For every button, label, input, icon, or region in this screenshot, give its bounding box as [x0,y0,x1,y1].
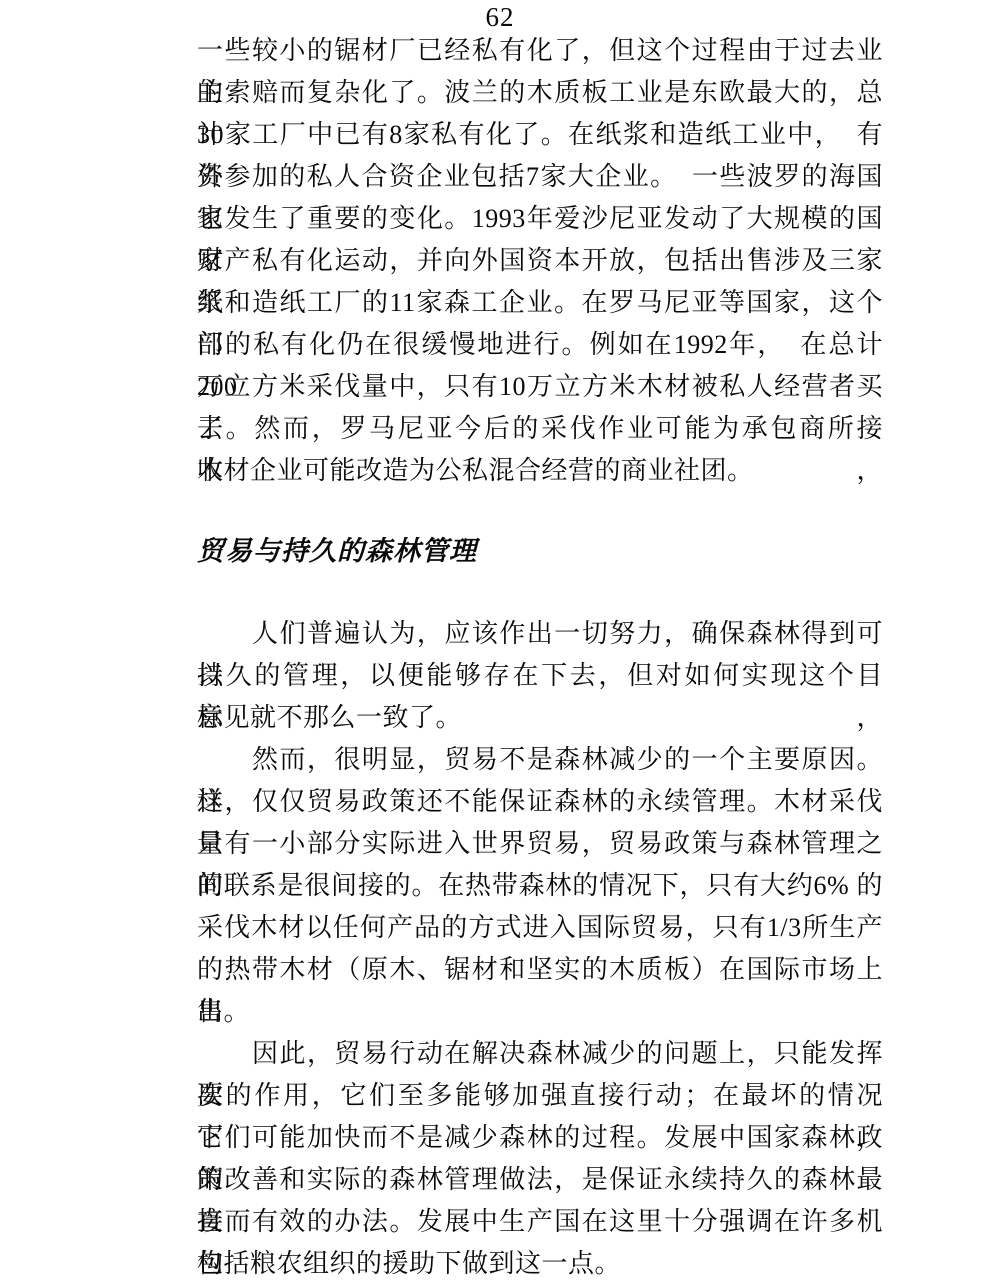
document-page: 62 一些较小的锯材厂已经私有化了，但这个过程由于过去业主的索赔而复杂化了。波兰… [0,0,1000,1280]
text-line: 样，仅仅贸易政策还不能保证森林的永续管理。木材采伐量 [197,781,883,823]
text-line: 浆和造纸工厂的11家森工企业。在罗马尼亚等国家，这个部 [197,282,883,324]
paragraph: 一些较小的锯材厂已经私有化了，但这个过程由于过去业主的索赔而复杂化了。波兰的木质… [197,30,883,492]
text-line: 资参加的私人合资企业包括7家大企业。 一些波罗的海国家 [197,156,883,198]
text-line: 的改善和实际的森林管理做法，是保证永续持久的森林最直 [197,1159,883,1201]
text-line: 售。 [197,991,883,1033]
paragraph: 因此，贸易行动在解决森林减少的问题上，只能发挥次要的作用，它们至多能够加强直接行… [197,1033,883,1280]
text-line: 万立方米采伐量中，只有10万立方米木材被私人经营者买去 [197,366,883,408]
text-line: 要的作用，它们至多能够加强直接行动；在最坏的情况下， [197,1075,883,1117]
text-line: 它们可能加快而不是减少森林的过程。发展中国家森林政策 [197,1117,883,1159]
paragraph: 人们普遍认为，应该作出一切努力，确保森林得到可以持久的管理，以便能够存在下去，但… [197,613,883,739]
text-line: 的热带木材（原木、锯材和坚实的木质板）在国际市场上出 [197,949,883,991]
text-line: 人们普遍认为，应该作出一切努力，确保森林得到可以 [197,613,883,655]
text-line: 30家工厂中已有8家私有化了。在纸浆和造纸工业中， 有外 [197,114,883,156]
text-line: 的联系是很间接的。在热带森林的情况下，只有大约6% 的 [197,865,883,907]
text-line: 财产私有化运动，并向外国资本开放，包括出售涉及三家纸 [197,240,883,282]
text-line: 接而有效的办法。发展中生产国在这里十分强调在许多机构 [197,1201,883,1243]
text-line: 包括粮农组织的援助下做到这一点。 [197,1243,883,1280]
text-line: 一些较小的锯材厂已经私有化了，但这个过程由于过去业主 [197,30,883,72]
paragraph: 然而，很明显，贸易不是森林减少的一个主要原因。这样，仅仅贸易政策还不能保证森林的… [197,739,883,1033]
text-line: 的索赔而复杂化了。波兰的木质板工业是东欧最大的，总计 [197,72,883,114]
text-line: 了。然而，罗马尼亚今后的采伐作业可能为承包商所接收， [197,408,883,450]
text-line: 门的私有化仍在很缓慢地进行。例如在1992年， 在总计200 [197,324,883,366]
text-line: 只有一小部分实际进入世界贸易，贸易政策与森林管理之间 [197,823,883,865]
text-block: 一些较小的锯材厂已经私有化了，但这个过程由于过去业主的索赔而复杂化了。波兰的木质… [197,30,883,1280]
text-line: 也发生了重要的变化。1993年爱沙尼亚发动了大规模的国家 [197,198,883,240]
text-line: 然而，很明显，贸易不是森林减少的一个主要原因。这 [197,739,883,781]
section-heading: 贸易与持久的森林管理 [197,530,883,572]
page-number: 62 [0,2,1000,32]
text-line: 采伐木材以任何产品的方式进入国际贸易，只有1/3所生产 [197,907,883,949]
text-line: 持久的管理，以便能够存在下去，但对如何实现这个目标， [197,655,883,697]
text-line: 因此，贸易行动在解决森林减少的问题上，只能发挥次 [197,1033,883,1075]
